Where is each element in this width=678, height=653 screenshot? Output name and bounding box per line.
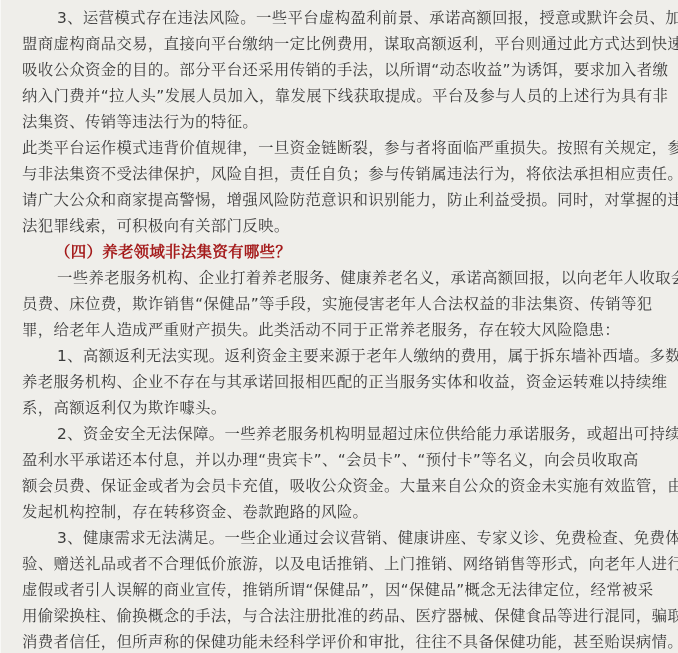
paragraph-line: 验、赠送礼品或者不合理低价旅游，以及电话推销、上门推销、网络销售等形式，向老年人… [22,551,678,577]
paragraph-line: 用偷梁换柱、偷换概念的手法，与合法注册批准的药品、医疗器械、保健食品等进行混同，… [22,603,678,629]
section-heading: （四）养老领域非法集资有哪些？ [22,239,678,265]
paragraph-line: 法集资、传销等违法行为的特征。 [22,109,678,135]
paragraph-line: 3、运营模式存在违法风险。一些平台虚构盈利前景、承诺高额回报，授意或默许会员、加 [22,5,678,31]
paragraph-line: 与非法集资不受法律保护，风险自担，责任自负；参与传销属违法行为，将依法承担相应责… [22,161,678,187]
paragraph-line: 系，高额返利仅为欺诈噱头。 [22,395,678,421]
paragraph-line: 法犯罪线索，可积极向有关部门反映。 [22,213,678,239]
paragraph-line: 罪，给老年人造成严重财产损失。此类活动不同于正常养老服务，存在较大风险隐患： [22,317,678,343]
paragraph-line: 请广大公众和商家提高警惕，增强风险防范意识和识别能力，防止利益受损。同时，对掌握… [22,187,678,213]
paragraph-line: 员费、床位费，欺诈销售“保健品”等手段，实施侵害老年人合法权益的非法集资、传销等… [22,291,678,317]
paragraph-line: 盈利水平承诺还本付息，并以办理“贵宾卡”、“会员卡”、“预付卡”等名义，向会员收… [22,447,678,473]
paragraph-line: 额会员费、保证金或者为会员卡充值，吸收公众资金。大量来自公众的资金未实施有效监管… [22,473,678,499]
paragraph-line: 2、资金安全无法保障。一些养老服务机构明显超过床位供给能力承诺服务，或超出可持续 [22,421,678,447]
article-page: 3、运营模式存在违法风险。一些平台虚构盈利前景、承诺高额回报，授意或默许会员、加… [0,0,678,653]
paragraph-line: 1、高额返利无法实现。返利资金主要来源于老年人缴纳的费用，属于拆东墙补西墙。多数 [22,343,678,369]
paragraph-line: 纳入门费并“拉人头”发展人员加入，靠发展下线获取提成。平台及参与人员的上述行为具… [22,83,678,109]
paragraph-line: 消费者信任，但所声称的保健功能未经科学评价和审批，往往不具备保健功能，甚至贻误病… [22,629,678,653]
paragraph-line: 盟商虚构商品交易，直接向平台缴纳一定比例费用，谋取高额返利，平台则通过此方式达到… [22,31,678,57]
paragraph-line: 养老服务机构、企业不存在与其承诺回报相匹配的正当服务实体和收益，资金运转难以持续… [22,369,678,395]
paragraph-line: 虚假或者引人误解的商业宣传，推销所谓“保健品”，因“保健品”概念无法律定位，经常… [22,577,678,603]
paragraph-line: 一些养老服务机构、企业打着养老服务、健康养老名义，承诺高额回报，以向老年人收取会 [22,265,678,291]
paragraph-line: 吸收公众资金的目的。部分平台还采用传销的手法，以所谓“动态收益”为诱饵，要求加入… [22,57,678,83]
paragraph-line: 发起机构控制，存在转移资金、卷款跑路的风险。 [22,499,678,525]
paragraph-line: 此类平台运作模式违背价值规律，一旦资金链断裂，参与者将面临严重损失。按照有关规定… [22,135,678,161]
paragraph-line: 3、健康需求无法满足。一些企业通过会议营销、健康讲座、专家义诊、免费检查、免费体 [22,525,678,551]
